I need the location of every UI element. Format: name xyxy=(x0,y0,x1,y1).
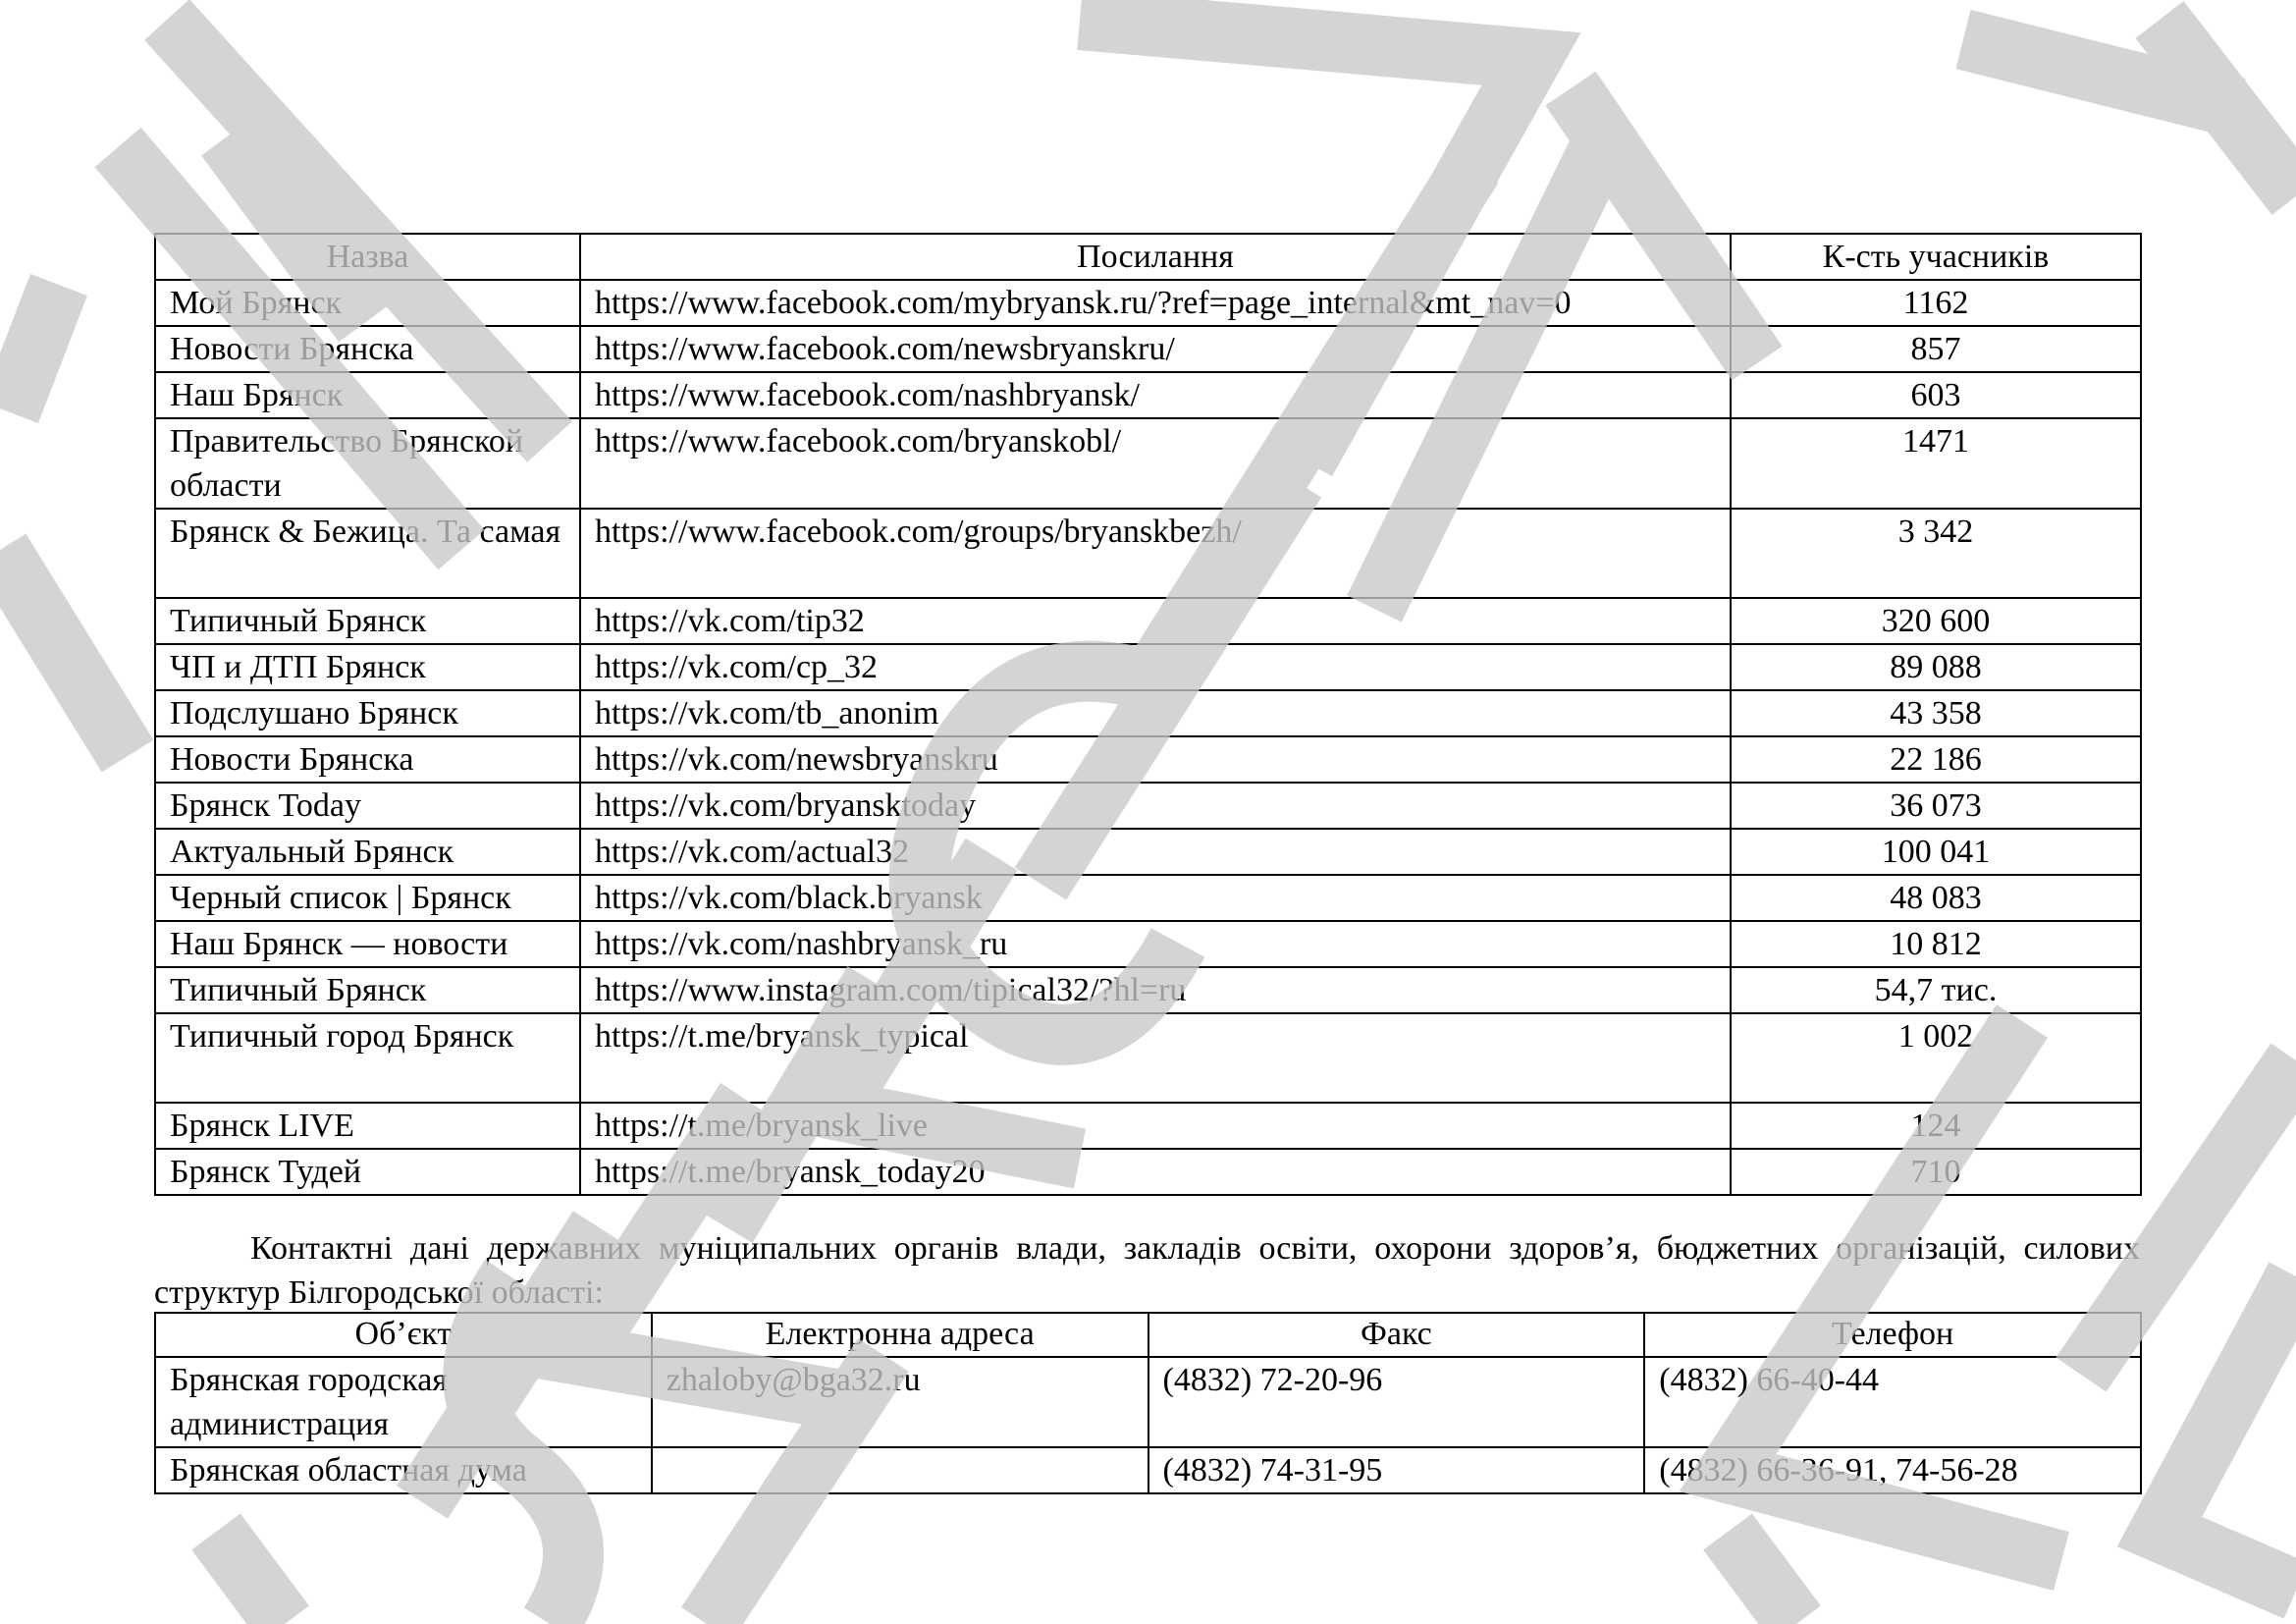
row-link: https://vk.com/bryansktoday xyxy=(580,783,1731,829)
row-members: 54,7 тис. xyxy=(1731,967,2141,1013)
row-link: https://t.me/bryansk_live xyxy=(580,1103,1731,1149)
row-link: https://vk.com/nashbryansk_ru xyxy=(580,921,1731,967)
row-link: https://www.facebook.com/groups/bryanskb… xyxy=(580,509,1731,598)
header-object: Об’єкт xyxy=(155,1313,652,1357)
row-name: Типичный Брянск xyxy=(155,967,580,1013)
contacts-intro-text: Контактні дані державних муніципальних о… xyxy=(154,1230,2140,1311)
row-members: 89 088 xyxy=(1731,644,2141,690)
table-row: Брянск LIVEhttps://t.me/bryansk_live124 xyxy=(155,1103,2141,1149)
table-row: Типичный город Брянскhttps://t.me/bryans… xyxy=(155,1013,2141,1103)
table-row: Брянск Todayhttps://vk.com/bryansktoday3… xyxy=(155,783,2141,829)
row-name: Правительство Брянской области xyxy=(155,418,580,509)
row-fax: (4832) 74-31-95 xyxy=(1148,1447,1645,1493)
table-row: Черный список | Брянскhttps://vk.com/bla… xyxy=(155,875,2141,921)
row-name: Наш Брянск — новости xyxy=(155,921,580,967)
contacts-intro-paragraph: Контактні дані державних муніципальних о… xyxy=(154,1226,2140,1315)
header-fax: Факс xyxy=(1148,1313,1645,1357)
header-phone: Телефон xyxy=(1644,1313,2141,1357)
table-header-row: Об’єкт Електронна адреса Факс Телефон xyxy=(155,1313,2141,1357)
row-object: Брянская областная дума xyxy=(155,1447,652,1493)
table-header-row: Назва Посилання К-сть учасників xyxy=(155,234,2141,280)
table-row: Правительство Брянской областиhttps://ww… xyxy=(155,418,2141,509)
row-members: 100 041 xyxy=(1731,829,2141,875)
header-members: К-сть учасників xyxy=(1731,234,2141,280)
row-link: https://www.instagram.com/tipical32/?hl=… xyxy=(580,967,1731,1013)
row-members: 3 342 xyxy=(1731,509,2141,598)
row-members: 36 073 xyxy=(1731,783,2141,829)
row-link: https://vk.com/tip32 xyxy=(580,598,1731,644)
row-members: 320 600 xyxy=(1731,598,2141,644)
table-row: Брянская областная дума(4832) 74-31-95(4… xyxy=(155,1447,2141,1493)
row-members: 124 xyxy=(1731,1103,2141,1149)
table-row: Актуальный Брянскhttps://vk.com/actual32… xyxy=(155,829,2141,875)
table-row: Новости Брянскаhttps://vk.com/newsbryans… xyxy=(155,736,2141,783)
row-link: https://t.me/bryansk_typical xyxy=(580,1013,1731,1103)
row-phone: (4832) 66-40-44 xyxy=(1644,1357,2141,1447)
header-link: Посилання xyxy=(580,234,1731,280)
row-name: Черный список | Брянск xyxy=(155,875,580,921)
table-row: Наш Брянск — новостиhttps://vk.com/nashb… xyxy=(155,921,2141,967)
row-link: https://t.me/bryansk_today20 xyxy=(580,1149,1731,1195)
table-row: ЧП и ДТП Брянскhttps://vk.com/cp_3289 08… xyxy=(155,644,2141,690)
row-members: 710 xyxy=(1731,1149,2141,1195)
row-link: https://vk.com/cp_32 xyxy=(580,644,1731,690)
row-members: 603 xyxy=(1731,372,2141,418)
row-name: Брянск LIVE xyxy=(155,1103,580,1149)
row-link: https://vk.com/newsbryanskru xyxy=(580,736,1731,783)
row-members: 1162 xyxy=(1731,280,2141,326)
row-link: https://vk.com/black.bryansk xyxy=(580,875,1731,921)
row-link: https://www.facebook.com/mybryansk.ru/?r… xyxy=(580,280,1731,326)
row-members: 1471 xyxy=(1731,418,2141,509)
document-page: Назва Посилання К-сть учасників Мой Брян… xyxy=(0,0,2296,1624)
row-name: ЧП и ДТП Брянск xyxy=(155,644,580,690)
table-row: Брянск Тудейhttps://t.me/bryansk_today20… xyxy=(155,1149,2141,1195)
header-name: Назва xyxy=(155,234,580,280)
table-row: Наш Брянскhttps://www.facebook.com/nashb… xyxy=(155,372,2141,418)
row-name: Типичный Брянск xyxy=(155,598,580,644)
row-name: Наш Брянск xyxy=(155,372,580,418)
row-name: Новости Брянска xyxy=(155,326,580,372)
row-link: https://www.facebook.com/bryanskobl/ xyxy=(580,418,1731,509)
table-row: Брянск & Бежица. Та самаяhttps://www.fac… xyxy=(155,509,2141,598)
row-name: Брянск Тудей xyxy=(155,1149,580,1195)
social-links-table: Назва Посилання К-сть учасників Мой Брян… xyxy=(154,233,2142,1196)
row-link: https://www.facebook.com/nashbryansk/ xyxy=(580,372,1731,418)
row-phone: (4832) 66-36-91, 74-56-28 xyxy=(1644,1447,2141,1493)
row-fax: (4832) 72-20-96 xyxy=(1148,1357,1645,1447)
row-link: https://www.facebook.com/newsbryanskru/ xyxy=(580,326,1731,372)
table-row: Мой Брянскhttps://www.facebook.com/mybry… xyxy=(155,280,2141,326)
contacts-table: Об’єкт Електронна адреса Факс Телефон Бр… xyxy=(154,1312,2142,1494)
row-name: Мой Брянск xyxy=(155,280,580,326)
row-email: zhaloby@bga32.ru xyxy=(652,1357,1148,1447)
header-email: Електронна адреса xyxy=(652,1313,1148,1357)
table-row: Типичный Брянскhttps://www.instagram.com… xyxy=(155,967,2141,1013)
row-name: Типичный город Брянск xyxy=(155,1013,580,1103)
row-members: 43 358 xyxy=(1731,690,2141,736)
table-row: Типичный Брянскhttps://vk.com/tip32320 6… xyxy=(155,598,2141,644)
row-name: Брянск & Бежица. Та самая xyxy=(155,509,580,598)
table-row: Новости Брянскаhttps://www.facebook.com/… xyxy=(155,326,2141,372)
row-members: 857 xyxy=(1731,326,2141,372)
row-name: Брянск Today xyxy=(155,783,580,829)
row-object: Брянская городская администрация xyxy=(155,1357,652,1447)
row-link: https://vk.com/tb_anonim xyxy=(580,690,1731,736)
row-members: 10 812 xyxy=(1731,921,2141,967)
table-row: Подслушано Брянскhttps://vk.com/tb_anoni… xyxy=(155,690,2141,736)
row-name: Новости Брянска xyxy=(155,736,580,783)
row-members: 48 083 xyxy=(1731,875,2141,921)
table-row: Брянская городская администрацияzhaloby@… xyxy=(155,1357,2141,1447)
row-members: 1 002 xyxy=(1731,1013,2141,1103)
row-name: Подслушано Брянск xyxy=(155,690,580,736)
row-members: 22 186 xyxy=(1731,736,2141,783)
row-name: Актуальный Брянск xyxy=(155,829,580,875)
row-email xyxy=(652,1447,1148,1493)
row-link: https://vk.com/actual32 xyxy=(580,829,1731,875)
